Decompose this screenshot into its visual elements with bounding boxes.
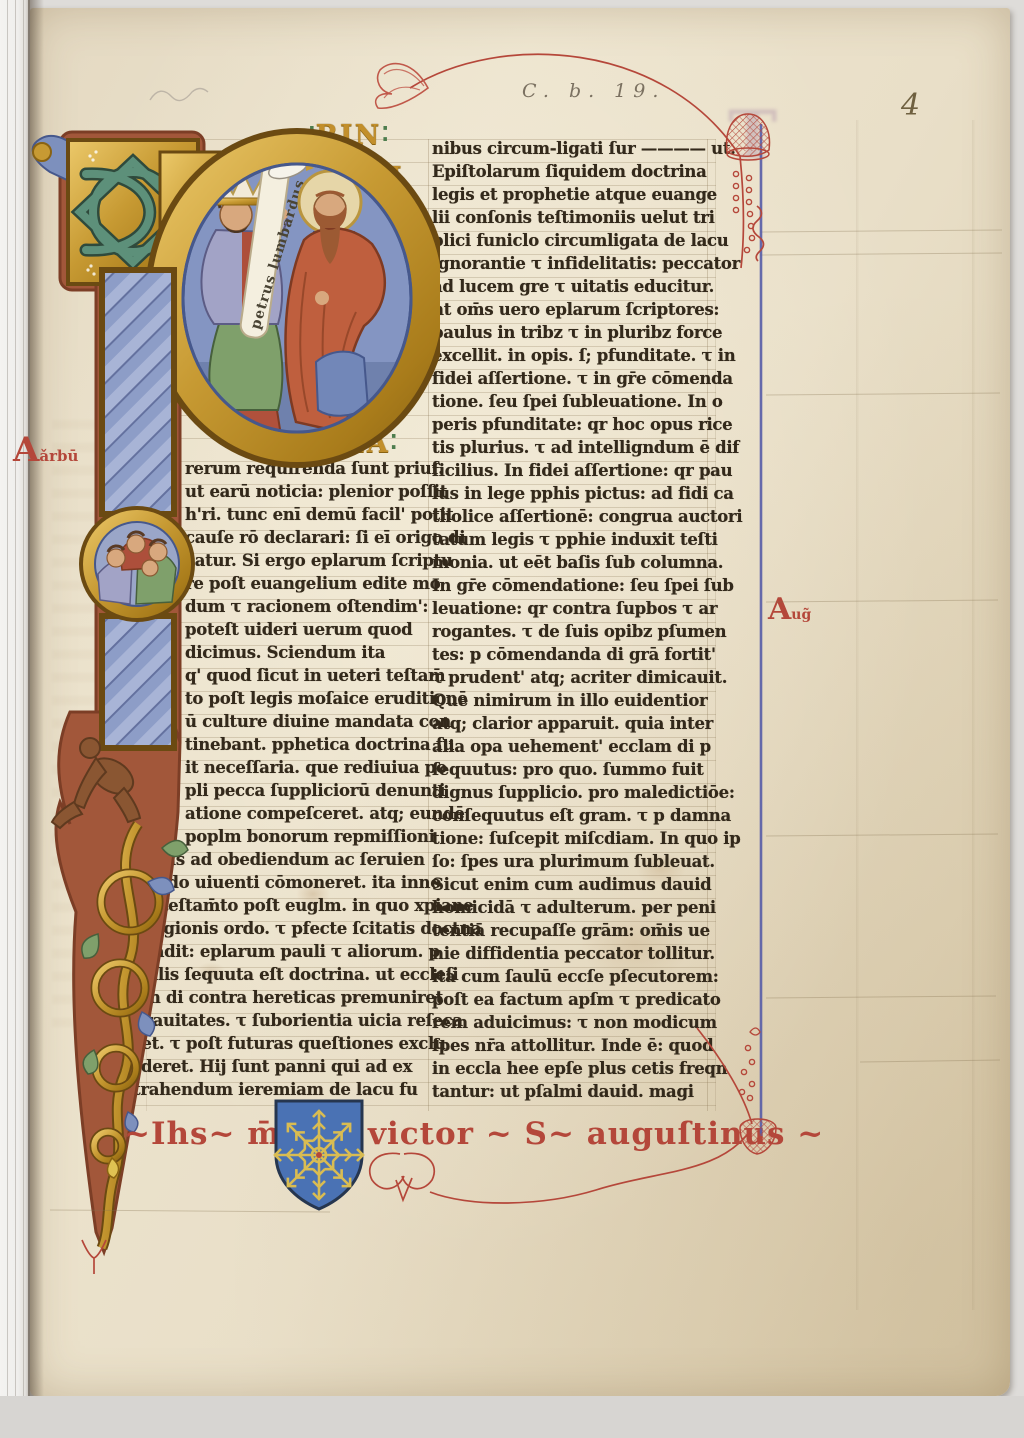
red-dot-ornament [733,171,754,1100]
manuscript-photo: C. b. 19. 4 T Aǎrbū Aug̃ ⁚RIN⁚ ⁚CI PIA⁚ … [0,0,1024,1438]
red-frame-lines [82,54,764,1274]
margin-ruling [50,230,1002,1212]
pencil-scribble [150,89,208,101]
red-paragraph-mark-top [727,114,770,160]
red-penwork-overlay [0,0,1024,1438]
